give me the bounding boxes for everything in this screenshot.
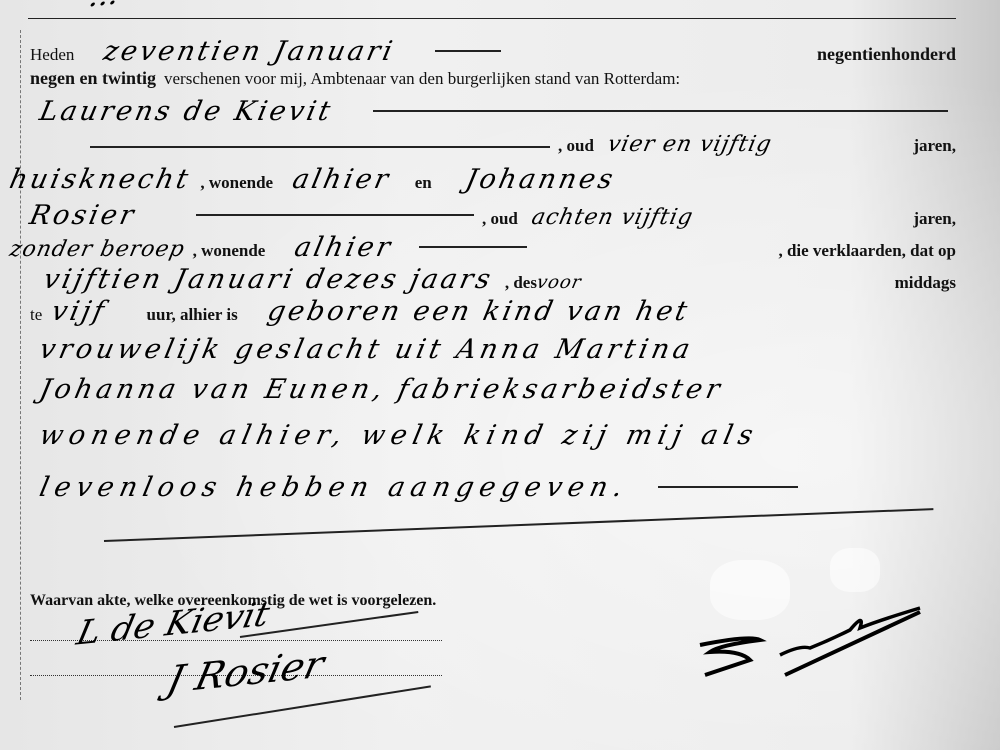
handwritten-text: wonende alhier, welk kind zij mij als (37, 420, 762, 451)
handwritten-text: levenloos hebben aangegeven. (37, 472, 632, 503)
printed-text: negentienhonderd (817, 44, 956, 65)
printed-text: , oud (558, 136, 594, 156)
record-line-10: vrouwelijk geslacht uit Anna Martina (30, 334, 956, 364)
paper-blemish (710, 560, 790, 620)
printed-text: middags (895, 273, 956, 293)
signature-declarant-2: J Rosier (163, 642, 328, 702)
printed-text: verschenen voor mij, Ambtenaar van den b… (164, 69, 680, 89)
handwritten-hour: vijf (49, 296, 110, 327)
printed-text: , oud (482, 209, 518, 229)
record-line-12: wonende alhier, welk kind zij mij als (30, 420, 956, 450)
record-line-9: te vijf uur, alhier is geboren een kind … (30, 296, 956, 326)
handwritten-residence: alhier (290, 164, 394, 195)
margin-rule (20, 30, 21, 700)
printed-text: en (415, 173, 432, 193)
printed-text: jaren, (913, 136, 956, 156)
fill-dash (90, 146, 550, 148)
handwritten-occupation: huisknecht (7, 164, 194, 195)
handwritten-date: zeventien Januari (101, 36, 398, 67)
previous-record-fragment: ... (86, 0, 123, 14)
handwritten-mother-name: Johanna van Eunen, fabrieksarbeidster (37, 374, 727, 405)
record-line-7: zonder beroep , wonende alhier , die ver… (30, 232, 956, 262)
printed-text: Heden (30, 45, 74, 65)
handwritten-residence: alhier (292, 232, 396, 263)
paper-blemish (830, 548, 880, 592)
fill-dash (435, 50, 501, 52)
fill-dash (373, 110, 949, 112)
handwritten-occupation: zonder beroep (7, 237, 187, 262)
record-line-8: vijftien Januari dezes jaars , des voor … (30, 264, 956, 294)
printed-text: , wonende (200, 173, 273, 193)
printed-text: , wonende (193, 241, 266, 261)
record-line-3: Laurens de Kievit (30, 96, 956, 126)
record-line-11: Johanna van Eunen, fabrieksarbeidster (30, 374, 956, 404)
closing-rule (104, 508, 933, 542)
record-line-6: Rosier , oud achten vijftig jaren, (30, 200, 956, 230)
handwritten-birth-date: vijftien Januari dezes jaars (41, 264, 496, 295)
record-line-13: levenloos hebben aangegeven. (30, 472, 956, 502)
handwritten-ante-meridiem: voor (535, 272, 584, 293)
record-line-5: huisknecht , wonende alhier en Johannes (30, 164, 956, 194)
record-line-2: negen en twintig verschenen voor mij, Am… (30, 68, 956, 98)
printed-text: jaren, (913, 209, 956, 229)
printed-text: , des (505, 273, 537, 293)
header-rule (28, 18, 956, 19)
scanned-page: ... Heden zeventien Januari negentienhon… (0, 0, 1000, 750)
record-line-1: Heden zeventien Januari negentienhonderd (30, 36, 956, 66)
fill-dash (658, 486, 798, 488)
printed-year: negen en twintig (30, 68, 156, 89)
handwritten-declarant-2-first-name: Johannes (462, 164, 618, 195)
record-line-4: , oud vier en vijftig jaren, (30, 132, 956, 162)
printed-text: , die verklaarden, dat op (778, 241, 956, 261)
handwritten-age: achten vijftig (529, 205, 695, 230)
fill-dash (196, 214, 474, 216)
handwritten-text: vrouwelijk geslacht uit Anna Martina (37, 334, 697, 365)
printed-text: uur, alhier is (147, 305, 238, 325)
handwritten-declarant-2-surname: Rosier (27, 200, 140, 231)
handwritten-declarant-1-name: Laurens de Kievit (37, 96, 336, 127)
fill-dash (419, 246, 527, 248)
printed-text: te (30, 305, 42, 325)
handwritten-age: vier en vijftig (605, 132, 774, 157)
handwritten-text: geboren een kind van het (264, 296, 692, 327)
